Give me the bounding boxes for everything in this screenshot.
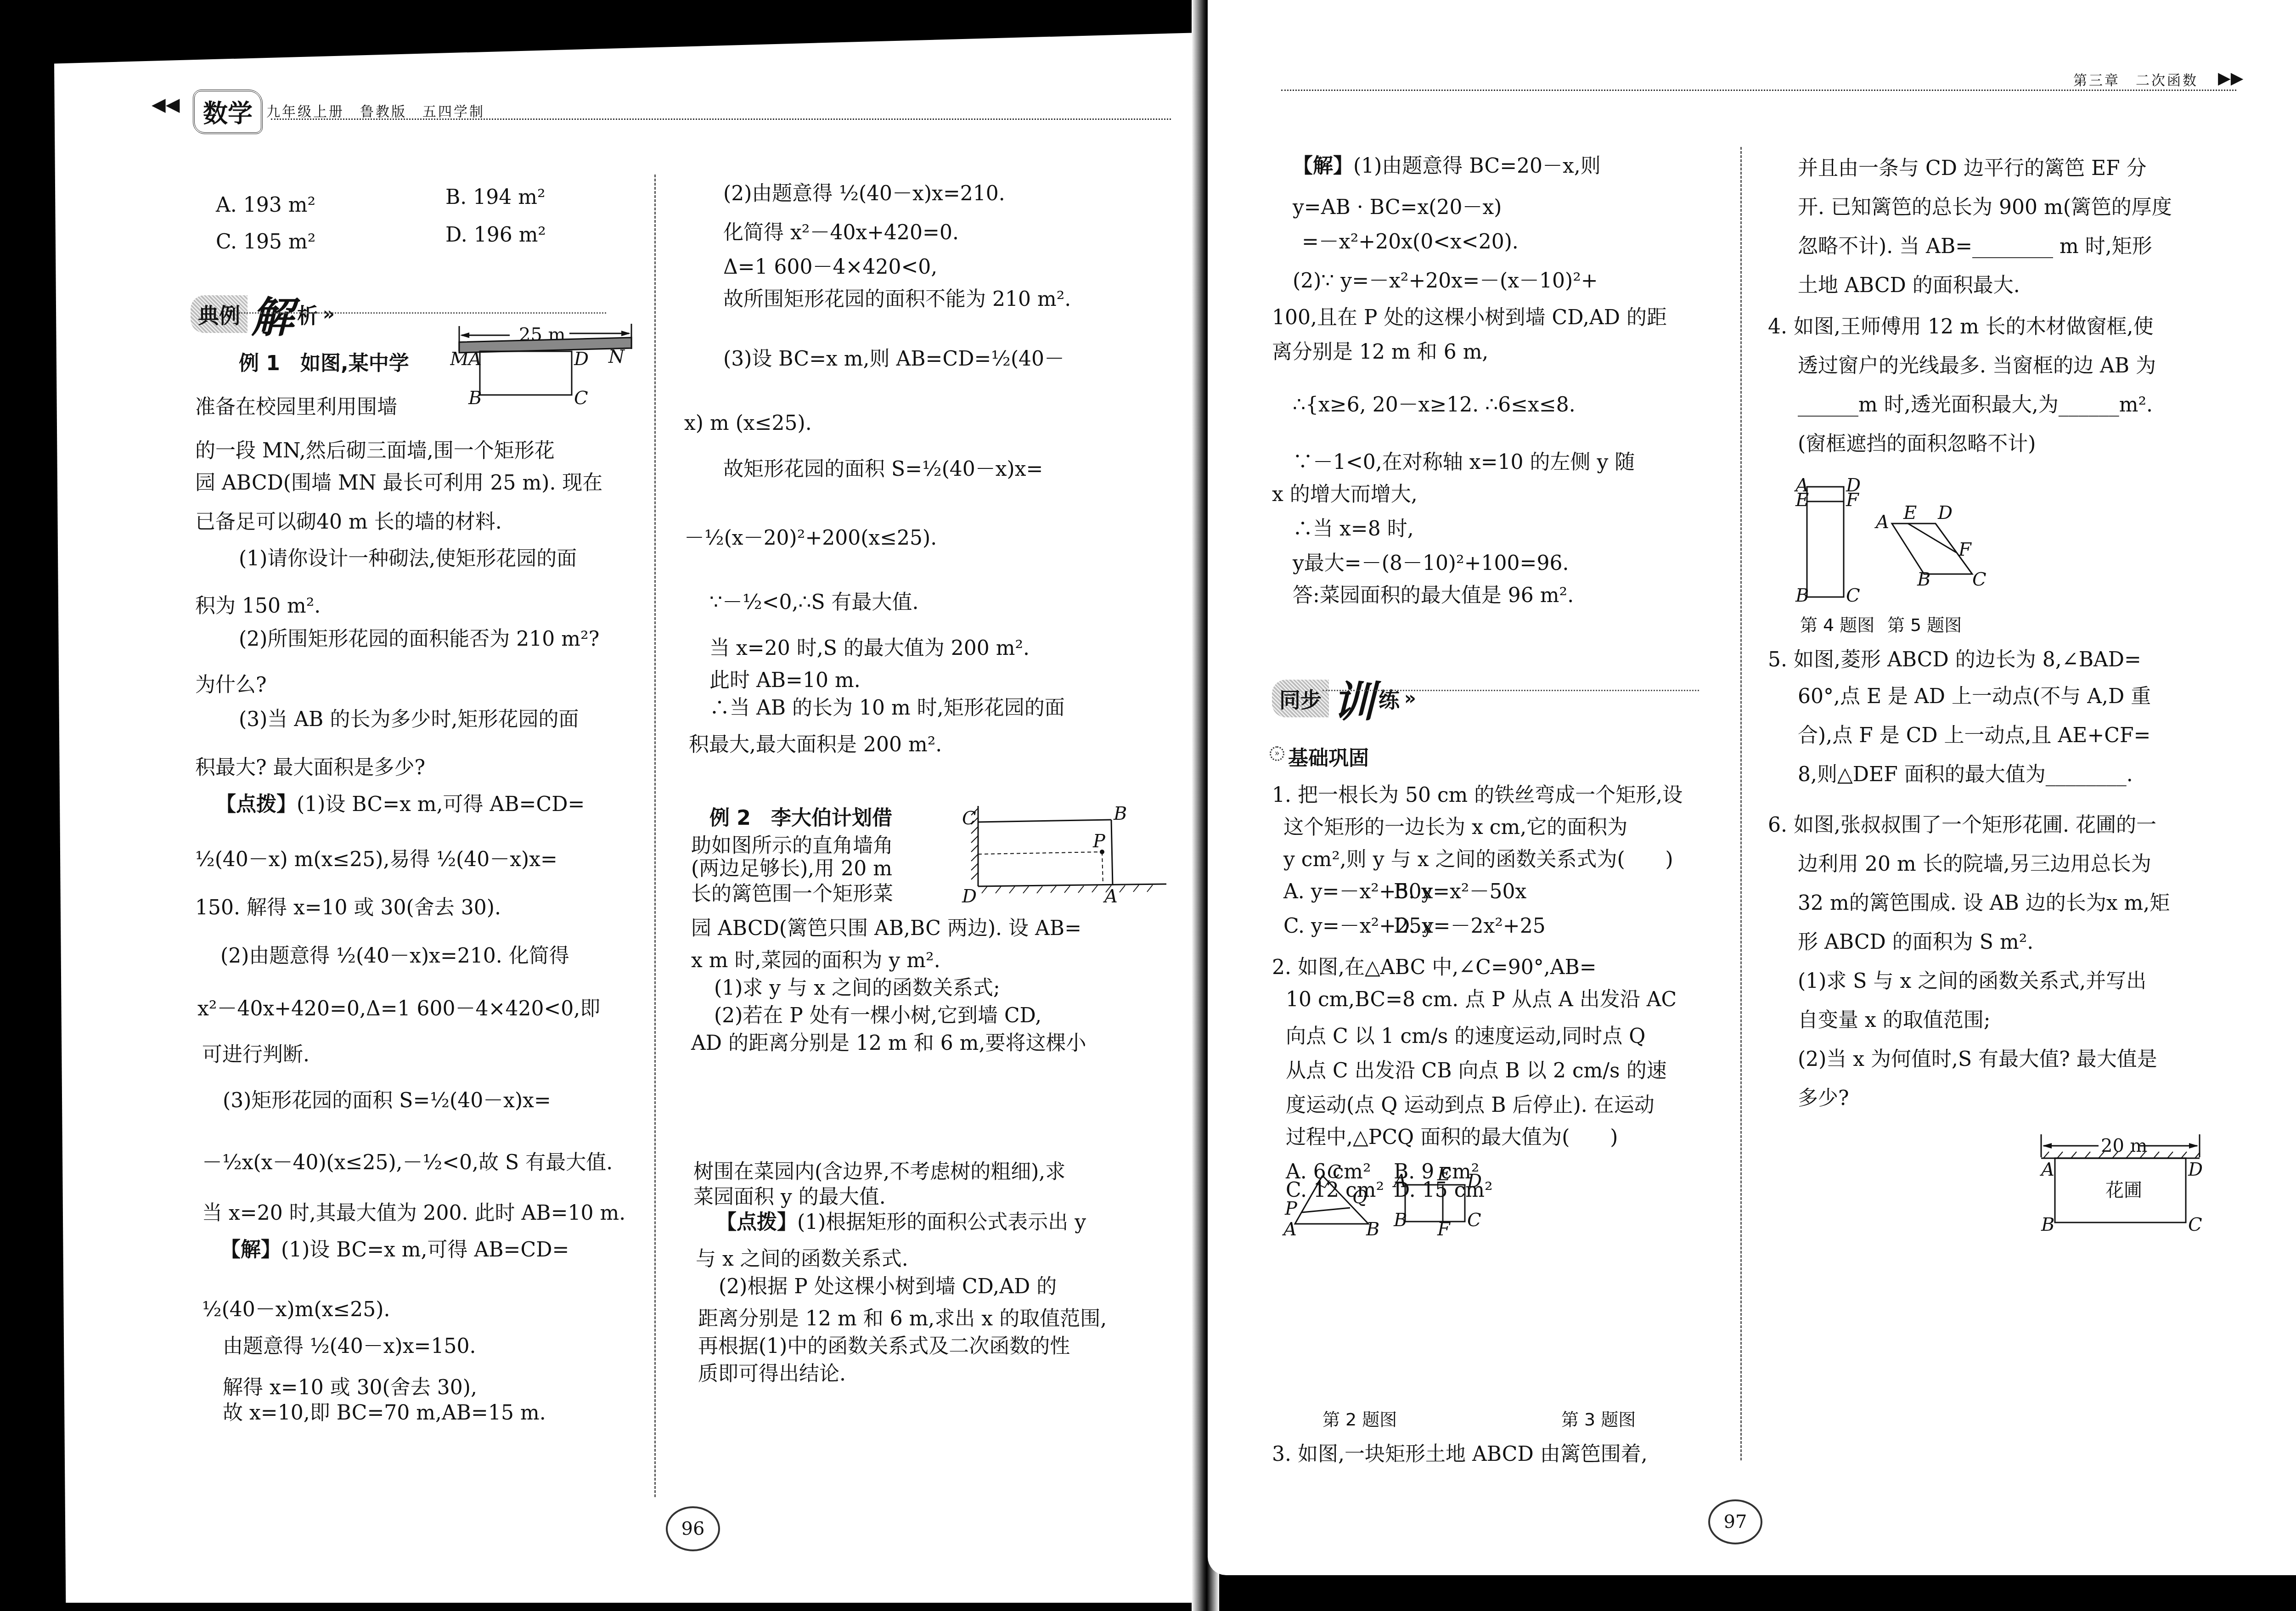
example1-line: 准备在校园里利用围墙 [195,397,397,417]
solution2-line: 100,且在 P 处的这棵小树到墙 CD,AD 的距 [1272,308,1667,328]
q3-figure-caption: 第 3 题图 [1561,1405,1636,1431]
example1-line: 为什么? [195,675,267,695]
col2-line: 当 x=20 时,S 的最大值为 200 m². [709,638,1030,659]
example2-line: 助如图所示的直角墙角 [691,836,893,856]
svg-text:B: B [2041,1214,2054,1235]
q2-figure-caption: 第 2 题图 [1322,1405,1397,1431]
subsection-title: 基础巩固 [1288,742,1369,771]
example1-line: (2)所围矩形花园的面积能否为 210 m²? [239,629,599,649]
page-number-right: 97 [1708,1499,1762,1544]
solution1-line: 解得 x=10 或 30(舍去 30), [223,1378,477,1398]
svg-text:20 m: 20 m [2101,1135,2148,1156]
q2-line: 从点 C 出发沿 CB 向点 B 以 2 cm/s 的速 [1286,1061,1667,1081]
q3-line: 忽略不计). 当 AB=________ m 时,矩形 [1798,237,2152,257]
svg-text:N: N [608,346,625,367]
hint2-line: (2)根据 P 处这棵小树到墙 CD,AD 的 [719,1277,1057,1297]
solution1-line: 故 x=10,即 BC=70 m,AB=15 m. [223,1403,546,1423]
solution2-line: (2)∵ y=－x²+20x=－(x－10)²+ [1293,271,1598,291]
example1-line: 已备足可以砌40 m 长的墙的材料. [195,512,502,532]
svg-text:C: C [1846,585,1860,606]
q5-rhombus-figure: AED FBC [1864,505,2030,611]
svg-text:F: F [1437,1219,1451,1240]
example1-line: 积最大? 最大面积是多少? [195,758,425,778]
example1-line: 园 ABCD(围墙 MN 最长可利用 25 m). 现在 [195,473,602,493]
hint1-line: x²－40x+420=0,Δ=1 600－4×420<0,即 [197,999,600,1019]
q4-line: 4. 如图,王师傅用 12 m 长的木材做窗框,使 [1768,317,2154,337]
header-rule [271,118,1171,120]
svg-text:B: B [1917,569,1930,590]
example2-line: 菜园面积 y 的最大值. [693,1187,886,1207]
col2-line: 故矩形花园的面积 S=½(40－x)x= [723,459,1043,479]
hint2-line: 距离分别是 12 m 和 6 m,求出 x 的取值范围, [698,1309,1107,1329]
q2-line: 10 cm,BC=8 cm. 点 P 从点 A 出发沿 AC [1286,990,1677,1010]
hint1-line: 可进行判断. [202,1045,310,1065]
subject-badge: 数学 [193,90,263,134]
example2-line: (2)若在 P 处有一棵小树,它到墙 CD, [714,1006,1041,1026]
q3-line: 开. 已知篱笆的总长为 900 m(篱笆的厚度 [1798,197,2172,218]
svg-text:C: C [1327,1162,1341,1183]
q3-line: 土地 ABCD 的面积最大. [1798,276,2020,296]
svg-text:A: A [1392,1171,1407,1192]
example2-line: 园 ABCD(篱笆只围 AB,BC 两边). 设 AB= [691,918,1081,939]
hint2-line: 【点拨】(1)根据矩形的面积公式表示出 y [716,1212,1086,1233]
svg-text:D: D [2188,1159,2203,1180]
option-d: D. 196 m² [445,225,546,245]
example1-line: 的一段 MN,然后砌三面墙,围一个矩形花 [195,441,555,461]
svg-text:Q: Q [1352,1187,1367,1208]
solution2-line: 答:菜园面积的最大值是 96 m². [1293,586,1574,606]
svg-text:P: P [1284,1198,1298,1219]
q3-line: 3. 如图,一块矩形土地 ABCD 由篱笆围着, [1272,1444,1648,1465]
svg-text:D: D [1467,1171,1482,1192]
q6-line: (2)当 x 为何值时,S 有最大值? 最大值是 [1798,1049,2157,1070]
svg-text:B: B [1366,1219,1379,1240]
solution2-line: y=AB · BC=x(20－x) [1293,197,1502,218]
q6-line: 32 m的篱笆围成. 设 AB 边的长为x m,矩 [1798,893,2170,913]
svg-text:花圃: 花圃 [2105,1180,2142,1201]
q3-rectangle-figure: AED BFC [1391,1162,1511,1254]
q1-line: 这个矩形的一边长为 x cm,它的面积为 [1283,817,1627,838]
q5-figure-caption: 第 5 题图 [1887,611,1962,636]
q5-line: 60°,点 E 是 AD 上一动点(不与 A,D 重 [1798,687,2151,707]
col2-line: 故所围矩形花园的面积不能为 210 m². [723,289,1071,310]
col2-line: (3)设 BC=x m,则 AB=CD=½(40－ [723,349,1064,369]
column-divider [1740,147,1742,1460]
svg-text:D: D [1937,505,1953,524]
solution2-line: 【解】(1)由题意得 BC=20－x,则 [1293,156,1601,176]
q4-line: 透过窗户的光线最多. 当窗框的边 AB 为 [1798,356,2156,376]
col2-line: 此时 AB=10 m. [709,670,861,691]
example1-line: 积为 150 m². [195,596,321,616]
chapter-title: 第三章 二次函数 [2073,69,2198,89]
q4-line: ______m 时,透光面积最大,为______m². [1798,395,2153,415]
solution2-line: ∴{x≥6, 20－x≥12. ∴6≤x≤8. [1293,395,1576,415]
solution2-line: ∵－1<0,在对称轴 x=10 的左侧 y 随 [1293,452,1635,473]
hint2-line: 质即可得出结论. [698,1364,846,1384]
svg-text:C: C [1467,1210,1481,1231]
solution1-line: ½(40－x)m(x≤25). [202,1300,390,1320]
q2-line: 过程中,△PCQ 面积的最大值为( ) [1286,1127,1618,1148]
col2-line: x) m (x≤25). [684,413,812,434]
example2-line: (两边足够长),用 20 m [691,859,892,879]
q2-line: 2. 如图,在△ABC 中,∠C=90°,AB= [1272,958,1597,978]
svg-text:F: F [1958,539,1972,560]
svg-text:B: B [468,388,482,409]
double-chevron-icon: » [323,304,335,325]
page-number-left: 96 [666,1506,720,1551]
col2-line: (2)由题意得 ½(40－x)x=210. [723,184,1005,204]
svg-text:C: C [2188,1214,2202,1235]
section-rule [1322,690,1699,691]
q2-line: 向点 C 以 1 cm/s 的速度运动,同时点 Q [1286,1026,1645,1047]
col2-line: ∵－½<0,∴S 有最大值. [709,592,919,613]
example2-line: 树围在菜园内(含边界,不考虑树的粗细),求 [693,1162,1065,1182]
q3-line: 并且由一条与 CD 边平行的篱笆 EF 分 [1798,158,2147,179]
svg-text:P: P [1092,831,1106,852]
example2-line: 长的篱笆围一个矩形菜 [691,884,893,904]
svg-text:C: C [1972,569,1986,590]
svg-text:B: B [1113,804,1127,824]
q1-line: 1. 把一根长为 50 cm 的铁丝弯成一个矩形,设 [1272,785,1683,805]
example2-line: 例 2 李大伯计划借 [709,808,892,828]
col2-line: 化简得 x²－40x+420=0. [723,223,959,243]
svg-text:B: B [1393,1210,1407,1231]
example1-wall-figure: 25 m MADN BC [450,321,643,436]
svg-text:A: A [1103,886,1118,907]
q5-line: 合),点 F 是 CD 上一动点,且 AE+CF= [1798,726,2150,746]
column-divider [654,175,656,1497]
q2-triangle-figure: C PQ AB [1281,1162,1391,1254]
example2-line: (1)求 y 与 x 之间的函数关系式; [714,978,1000,998]
svg-text:D: D [962,886,977,907]
solution2-line: y最大=－(8－10)²+100=96. [1293,553,1569,574]
hint1-line: ½(40－x) m(x≤25),易得 ½(40－x)x= [195,850,557,870]
q6-line: (1)求 S 与 x 之间的函数关系式,并写出 [1798,971,2146,991]
col2-line: Δ=1 600－4×420<0, [723,257,937,277]
svg-text:D: D [574,349,589,370]
example1-line: (3)当 AB 的长为多少时,矩形花园的面 [239,710,579,730]
example2-corner-figure: CBP DA [960,804,1166,923]
solution2-line: x 的增大而增大, [1272,484,1418,505]
hint1-line: 150. 解得 x=10 或 30(舍去 30). [195,898,501,918]
q4-figure-caption: 第 4 题图 [1800,611,1874,636]
option-c: C. 195 m² [216,232,315,252]
example2-line: AD 的距离分别是 12 m 和 6 m,要将这棵小 [691,1033,1086,1053]
q6-line: 自变量 x 的取值范围; [1798,1010,1991,1031]
solution2-line: ∴当 x=8 时, [1293,519,1414,539]
header-arrows-icon: ◀◀ [152,94,180,115]
book-subtitle: 九年级上册 鲁教版 五四学制 [266,100,485,120]
header-rule [1281,90,2236,91]
example2-line: x m 时,菜园的面积为 y m². [691,951,940,971]
svg-text:A: A [1282,1219,1297,1240]
hint2-line: 与 x 之间的函数关系式. [696,1249,908,1269]
solution1-line: 【解】(1)设 BC=x m,可得 AB=CD= [220,1240,569,1260]
q1-option: D. y=－2x²+25 [1394,916,1546,936]
svg-text:A: A [2039,1159,2054,1180]
q6-line: 形 ABCD 的面积为 S m². [1798,932,2033,952]
section-rule [239,312,606,314]
solution1-line: 由题意得 ½(40－x)x=150. [223,1336,476,1357]
svg-text:C: C [574,388,588,409]
hint1-line: 【点拨】(1)设 BC=x m,可得 AB=CD= [216,794,585,815]
hint1-line: －½x(x－40)(x≤25),－½<0,故 S 有最大值. [202,1153,613,1173]
subsection-bullet-icon: » [1270,746,1284,761]
section-heading-practice: 同步 训 练 » [1272,668,1416,729]
q1-option: B. y=x²－50x [1394,882,1526,902]
solution2-line: =－x²+20x(0<x<20). [1302,232,1519,252]
col2-line: 积最大,最大面积是 200 m². [689,735,942,755]
svg-text:A: A [1874,512,1889,533]
solution2-line: 离分别是 12 m 和 6 m, [1272,342,1488,362]
svg-text:C: C [962,808,976,829]
svg-text:F: F [1846,490,1859,511]
svg-text:B: B [1795,585,1809,606]
example1-line: (1)请你设计一种砌法,使矩形花园的面 [239,549,577,569]
q4-line: (窗框遮挡的面积忽略不计) [1798,434,2036,454]
hint1-line: (2)由题意得 ½(40－x)x=210. 化简得 [220,946,569,966]
q1-line: y cm²,则 y 与 x 之间的函数关系式为( ) [1283,850,1673,870]
example1-line: 例 1 如图,某中学 [239,354,409,374]
q5-line: 5. 如图,菱形 ABCD 的边长为 8,∠BAD= [1768,650,2141,670]
svg-text:A: A [467,349,482,370]
svg-text:M: M [450,349,469,370]
col2-line: ∴当 AB 的长为 10 m 时,矩形花园的面 [709,698,1065,718]
q6-line: 6. 如图,张叔叔围了一个矩形花圃. 花圃的一 [1768,815,2156,835]
option-a: A. 193 m² [216,195,315,215]
q6-line: 边利用 20 m 长的院墙,另三边用总长为 [1798,854,2151,874]
hint1-line: (3)矩形花园的面积 S=½(40－x)x= [223,1091,551,1111]
svg-text:E: E [1437,1164,1451,1185]
q2-line: 度运动(点 Q 运动到点 B 后停止). 在运动 [1286,1095,1654,1115]
q6-line: 多少? [1798,1088,1849,1109]
header-arrows-icon: ▶▶ [2218,69,2243,88]
q6-flowerbed-figure: 20 m 花圃 AD BC [2039,1130,2213,1235]
q5-line: 8,则△DEF 面积的最大值为________. [1798,765,2133,785]
svg-text:E: E [1795,490,1809,511]
section-heading-examples: 典例 解 析 » [191,284,335,344]
svg-text:E: E [1903,505,1917,524]
option-b: B. 194 m² [445,187,546,208]
hint1-line: 当 x=20 时,其最大值为 200. 此时 AB=10 m. [202,1203,625,1223]
hint2-line: 再根据(1)中的函数关系式及二次函数的性 [698,1336,1070,1357]
col2-line: －½(x－20)²+200(x≤25). [684,528,937,548]
